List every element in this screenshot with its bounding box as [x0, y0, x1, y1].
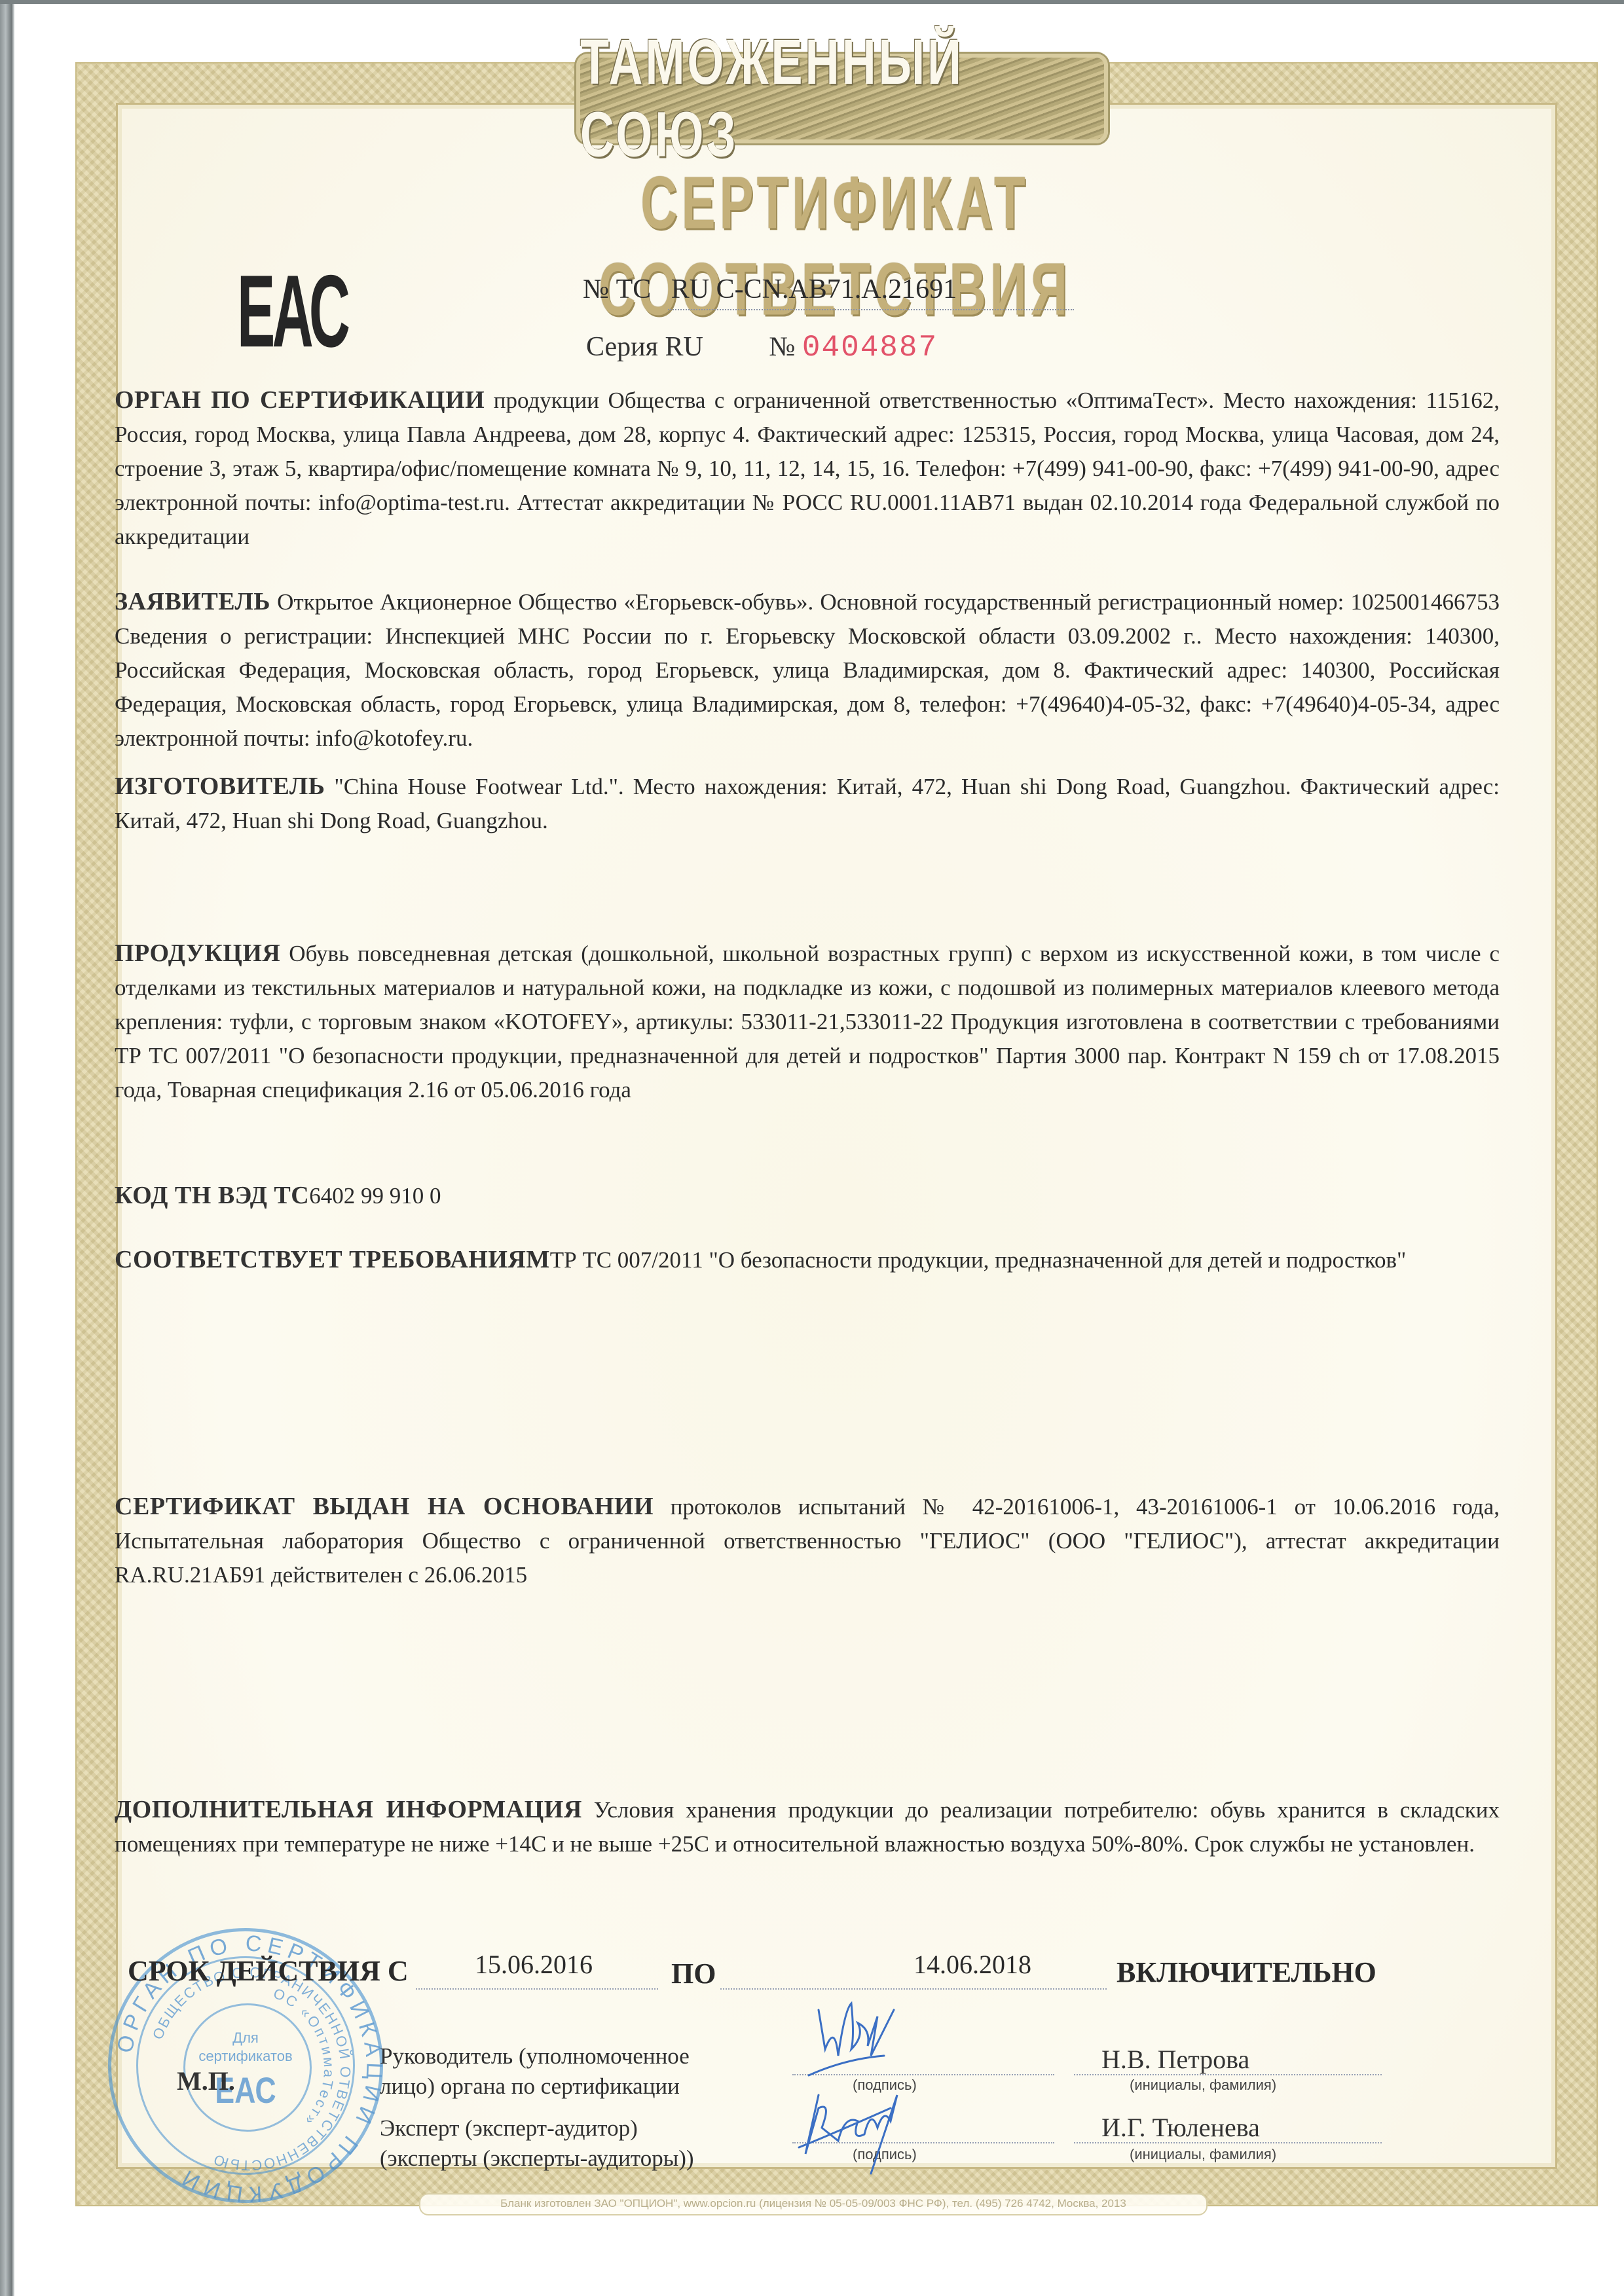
certificate-number-underline	[668, 309, 1074, 310]
expert-signature-icon	[792, 2082, 923, 2180]
expert-role-label: Эксперт (эксперт-аудитор) (эксперты (экс…	[380, 2113, 694, 2174]
certificate-number-label: № ТС	[583, 274, 651, 304]
manufacturer-label: ИЗГОТОВИТЕЛЬ	[115, 773, 325, 800]
applicant-label: ЗАЯВИТЕЛЬ	[115, 588, 270, 615]
conforms-to-text: ТР ТС 007/2011 "О безопасности продукции…	[550, 1247, 1407, 1273]
certificate-number-value: RU C-CN.AB71.A.21691	[671, 274, 957, 304]
section-certification-body: ОРГАН ПО СЕРТИФИКАЦИИ продукции Общества…	[115, 383, 1500, 554]
additional-info-label: ДОПОЛНИТЕЛЬНАЯ ИНФОРМАЦИЯ	[115, 1796, 582, 1823]
validity-from-date: 15.06.2016	[475, 1949, 593, 1980]
expert-role-line2: (эксперты (эксперты-аудиторы))	[380, 2143, 694, 2174]
head-role-label: Руководитель (уполномоченное лицо) орган…	[380, 2041, 690, 2102]
head-name-line	[1074, 2074, 1382, 2075]
stamp-center-line2: сертификатов	[111, 2048, 380, 2065]
expert-name-caption: (инициалы, фамилия)	[1130, 2146, 1276, 2163]
series-number: Серия RU № 0404887	[586, 331, 938, 365]
section-hs-code: КОД ТН ВЭД ТС6402 99 910 0	[115, 1178, 1500, 1213]
expert-name-line	[1074, 2142, 1382, 2143]
head-name-caption: (инициалы, фамилия)	[1130, 2077, 1276, 2094]
section-manufacturer: ИЗГОТОВИТЕЛЬ "China House Footwear Ltd."…	[115, 769, 1500, 838]
stamp-eac-logo-icon: ЕАС	[138, 2069, 353, 2111]
printer-footer-note: Бланк изготовлен ЗАО "ОПЦИОН", www.opcio…	[419, 2193, 1208, 2215]
customs-union-title: ТАМОЖЕННЫЙ СОЮЗ	[580, 26, 1104, 171]
certification-body-label: ОРГАН ПО СЕРТИФИКАЦИИ	[115, 386, 485, 414]
head-role-line2: лицо) органа по сертификации	[380, 2071, 690, 2102]
section-applicant: ЗАЯВИТЕЛЬ Открытое Акционерное Общество …	[115, 585, 1500, 756]
conforms-to-label: СООТВЕТСТВУЕТ ТРЕБОВАНИЯМ	[115, 1246, 550, 1273]
validity-inclusive-label: ВКЛЮЧИТЕЛЬНО	[1116, 1956, 1376, 1989]
validity-label: СРОК ДЕЙСТВИЯ С	[128, 1954, 409, 1988]
head-signature-icon	[805, 1997, 923, 2082]
section-issued-basis: СЕРТИФИКАТ ВЫДАН НА ОСНОВАНИИ протоколов…	[115, 1489, 1500, 1592]
validity-period: СРОК ДЕЙСТВИЯ С 15.06.2016 ПО 14.06.2018…	[128, 1954, 1516, 1994]
head-name: Н.В. Петрова	[1101, 2044, 1249, 2075]
series-label: Серия RU	[586, 332, 703, 362]
expert-name: И.Г. Тюленева	[1101, 2112, 1260, 2143]
hs-code-value: 6402 99 910 0	[309, 1183, 441, 1209]
head-role-line1: Руководитель (уполномоченное	[380, 2041, 690, 2071]
to-date-underline	[720, 1988, 1107, 1990]
validity-to-label: ПО	[671, 1957, 716, 1990]
section-additional-info: ДОПОЛНИТЕЛЬНАЯ ИНФОРМАЦИЯ Условия хранен…	[115, 1793, 1500, 1861]
validity-to-date: 14.06.2018	[913, 1949, 1031, 1980]
scan-top-edge	[0, 0, 1624, 4]
product-label: ПРОДУКЦИЯ	[115, 939, 280, 967]
from-date-underline	[416, 1988, 658, 1990]
eac-logo-icon: ЕАС	[237, 252, 314, 380]
scan-edge	[0, 0, 14, 2296]
stamp-center-line1: Для	[111, 2030, 380, 2047]
expert-role-line1: Эксперт (эксперт-аудитор)	[380, 2113, 694, 2143]
applicant-text: Открытое Акционерное Общество «Егорьевск…	[115, 589, 1500, 751]
seal-place-label: М.П.	[177, 2066, 235, 2096]
document-title: СЕРТИФИКАТ СООТВЕТСТВИЯ	[488, 160, 1182, 333]
issued-basis-label: СЕРТИФИКАТ ВЫДАН НА ОСНОВАНИИ	[115, 1493, 654, 1520]
section-conforms-to: СООТВЕТСТВУЕТ ТРЕБОВАНИЯМТР ТС 007/2011 …	[115, 1243, 1500, 1277]
series-serial-number: 0404887	[802, 331, 938, 365]
customs-union-plaque: ТАМОЖЕННЫЙ СОЮЗ	[576, 54, 1108, 143]
certificate-number: № ТС RU C-CN.AB71.A.21691	[583, 274, 957, 305]
section-product: ПРОДУКЦИЯ Обувь повседневная детская (до…	[115, 936, 1500, 1107]
product-text: Обувь повседневная детская (дошкольной, …	[115, 941, 1500, 1102]
hs-code-label: КОД ТН ВЭД ТС	[115, 1182, 309, 1209]
series-no-label: №	[769, 332, 795, 362]
